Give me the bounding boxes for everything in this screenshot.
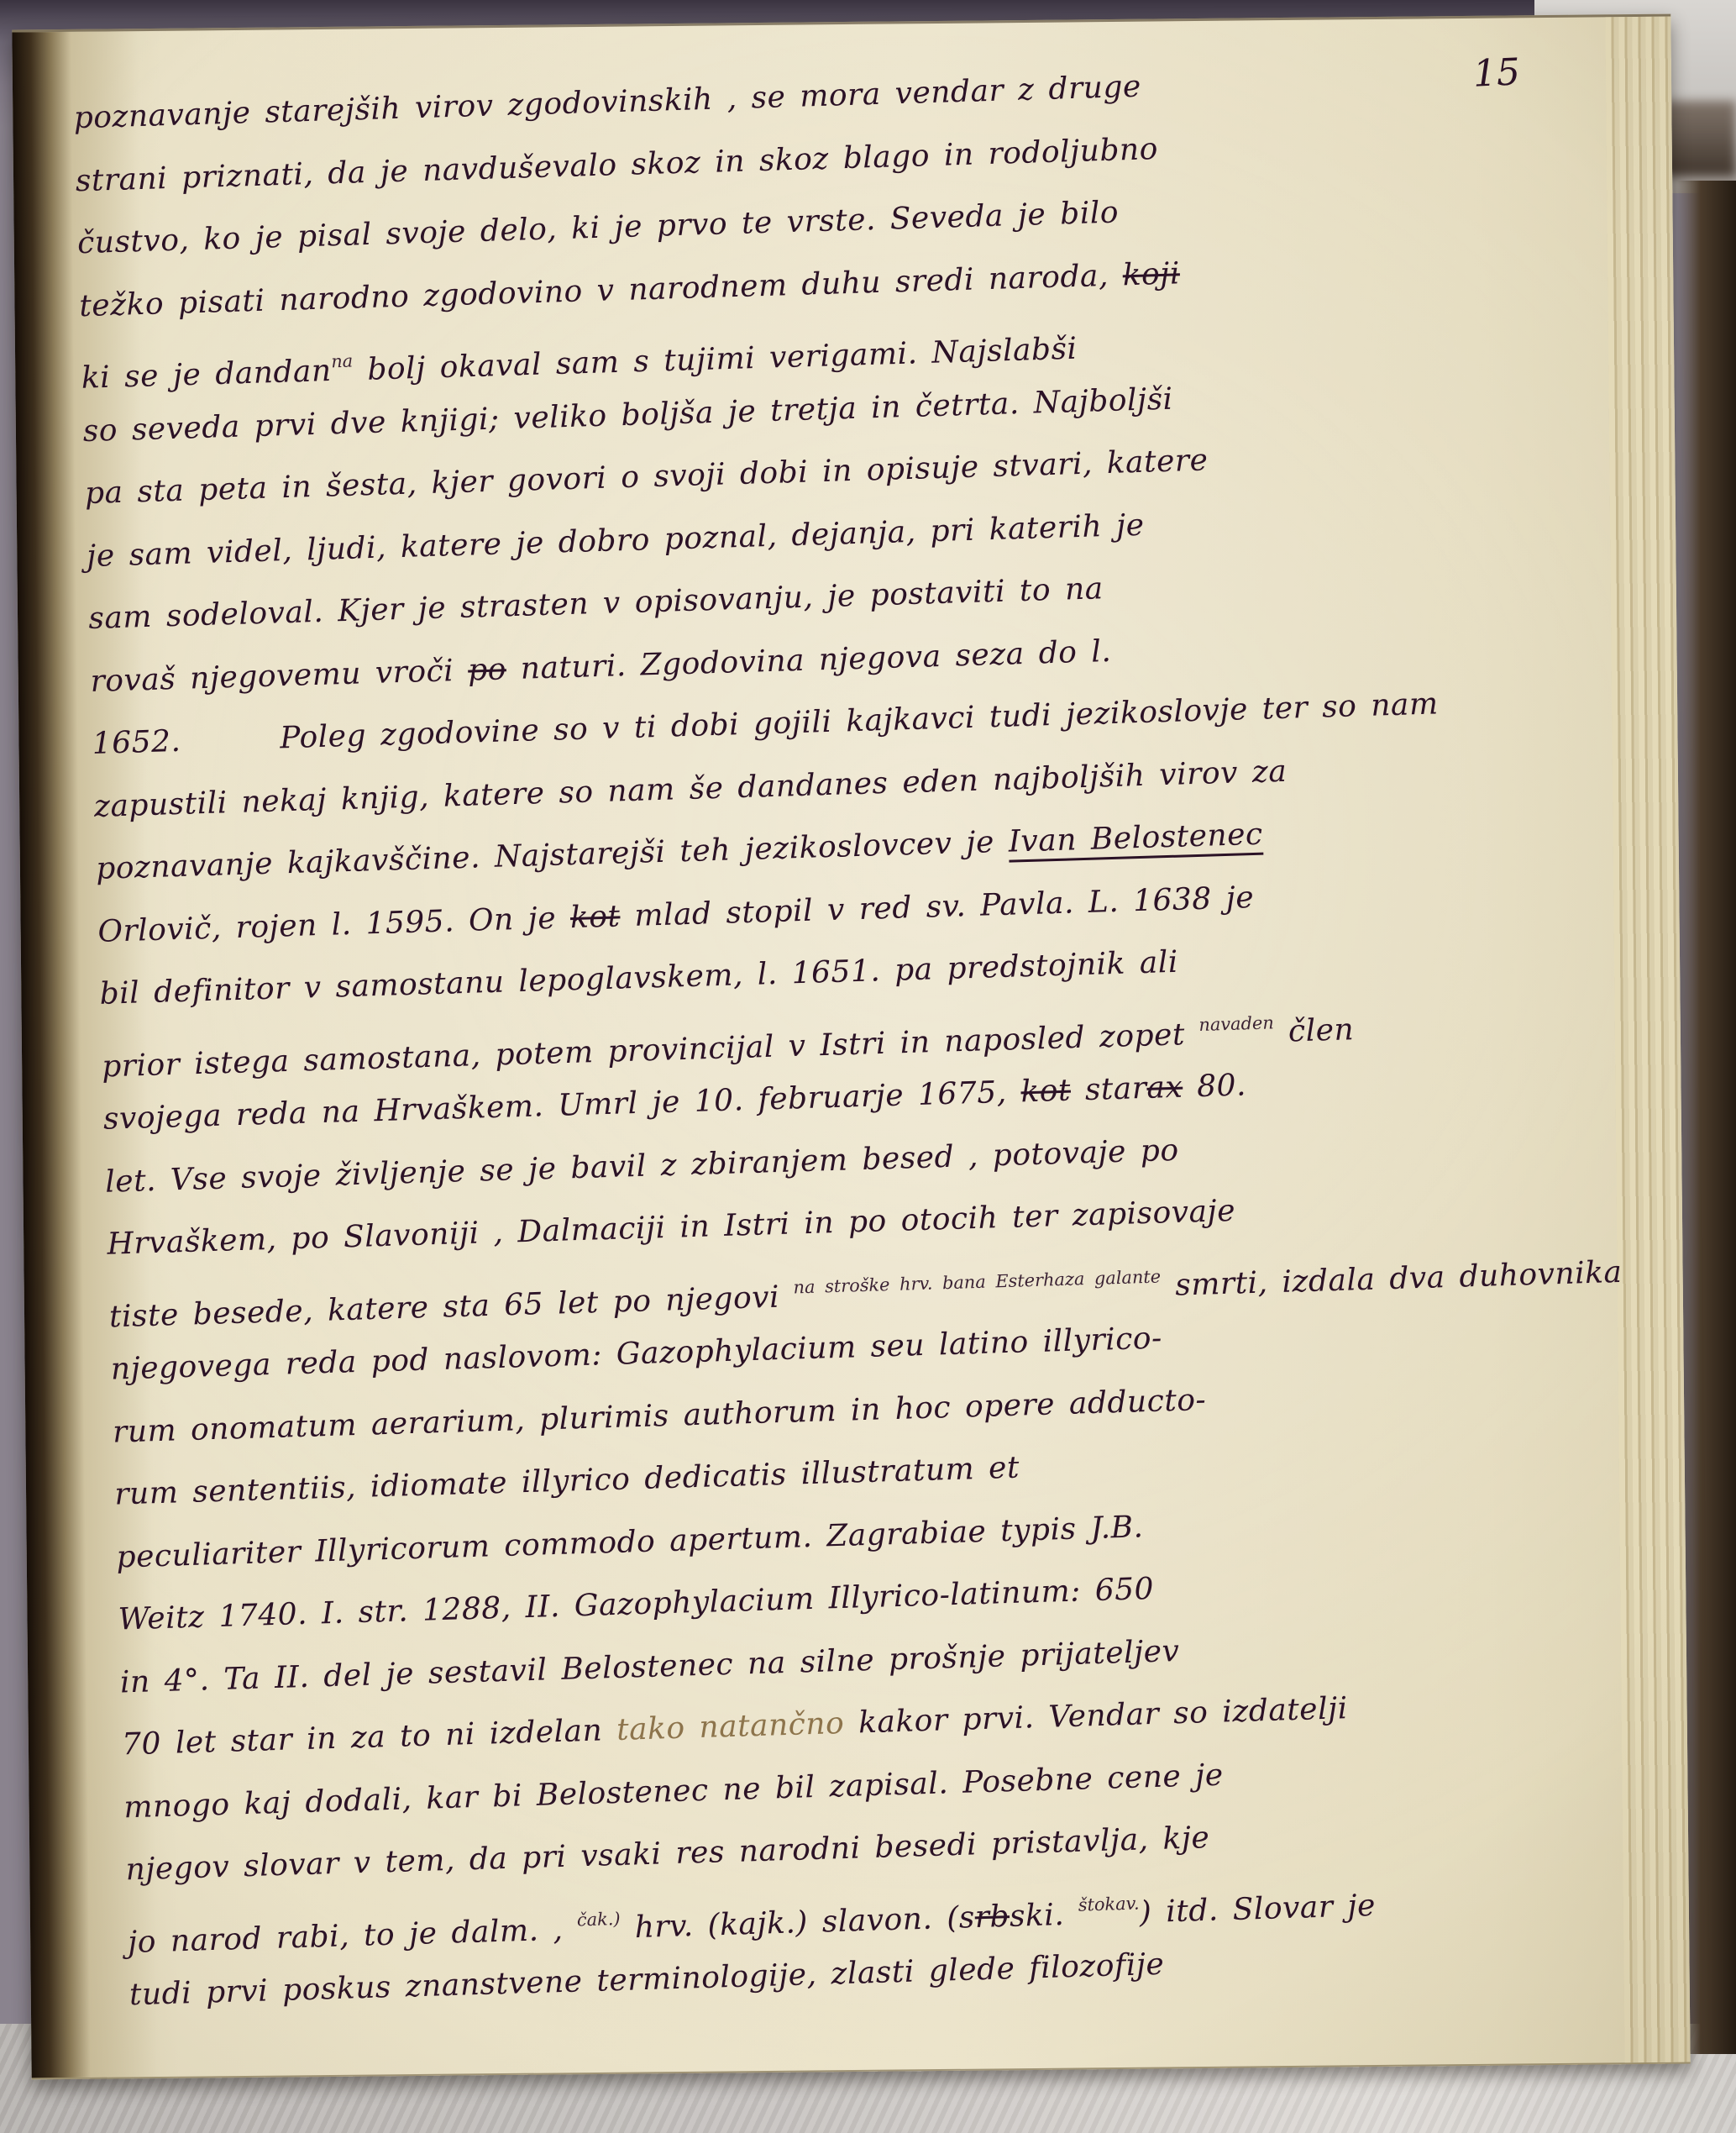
manuscript-text: poznavanje starejših virov zgodovinskih … xyxy=(73,44,1617,2027)
text-segment: hrv. (kajk.) slavon. (s xyxy=(620,1900,975,1946)
text-segment: mlad stopil v red sv. Pavla. L. 1638 je xyxy=(620,880,1255,933)
text-segment: ki se je dandan xyxy=(81,354,332,396)
text-segment: 70 let star in za to ni izdelan xyxy=(122,1713,617,1762)
interlinear-insertion: na stroške hrv. bana Esterhaza galante xyxy=(793,1266,1161,1297)
underlined-name: Ivan Belostenec xyxy=(1008,817,1263,863)
text-segment: poznavanje kajkavščine. Najstarejši teh … xyxy=(96,825,1010,886)
interlinear-insertion: navaden xyxy=(1198,1012,1274,1035)
strikethrough-segment: kot xyxy=(1020,1074,1072,1110)
text-segment: ) itd. Slovar je xyxy=(1139,1888,1376,1929)
text-segment: 1652. xyxy=(92,724,181,761)
text-segment: rum sententiis, idiomate illyrico dedica… xyxy=(114,1451,1020,1512)
text-segment: ski. xyxy=(1009,1897,1078,1933)
text-segment: star xyxy=(1070,1071,1147,1108)
faded-ink-segment: tako natančno xyxy=(616,1706,845,1747)
strikethrough-segment: kot xyxy=(569,899,621,935)
text-segment: naturi. Zgodovina njegova seza do l. xyxy=(506,633,1112,686)
interlinear-insertion: štokav. xyxy=(1078,1893,1139,1915)
strikethrough-segment: rb xyxy=(974,1899,1010,1934)
strikethrough-segment: koji xyxy=(1122,256,1180,292)
text-segment: člen xyxy=(1273,1012,1354,1049)
text-segment: 80. xyxy=(1183,1068,1247,1104)
book-page: 15 poznavanje starejših virov zgodovinsk… xyxy=(12,14,1690,2080)
interlinear-insertion: čak.) xyxy=(577,1908,621,1930)
manuscript-photo: 15 poznavanje starejših virov zgodovinsk… xyxy=(0,0,1736,2133)
strikethrough-segment: ax xyxy=(1146,1070,1183,1106)
interlinear-insertion: na xyxy=(331,351,354,372)
strikethrough-segment: po xyxy=(468,652,507,687)
text-segment: svojega reda na Hrvaškem. Umrl je 10. fe… xyxy=(102,1074,1021,1136)
text-segment: kakor prvi. Vendar so izdatelji xyxy=(844,1691,1349,1741)
text-segment: rovaš njegovemu vroči xyxy=(90,653,469,698)
paragraph-gap xyxy=(181,748,281,751)
text-segment: Orlovič, rojen l. 1595. On je xyxy=(97,901,571,949)
